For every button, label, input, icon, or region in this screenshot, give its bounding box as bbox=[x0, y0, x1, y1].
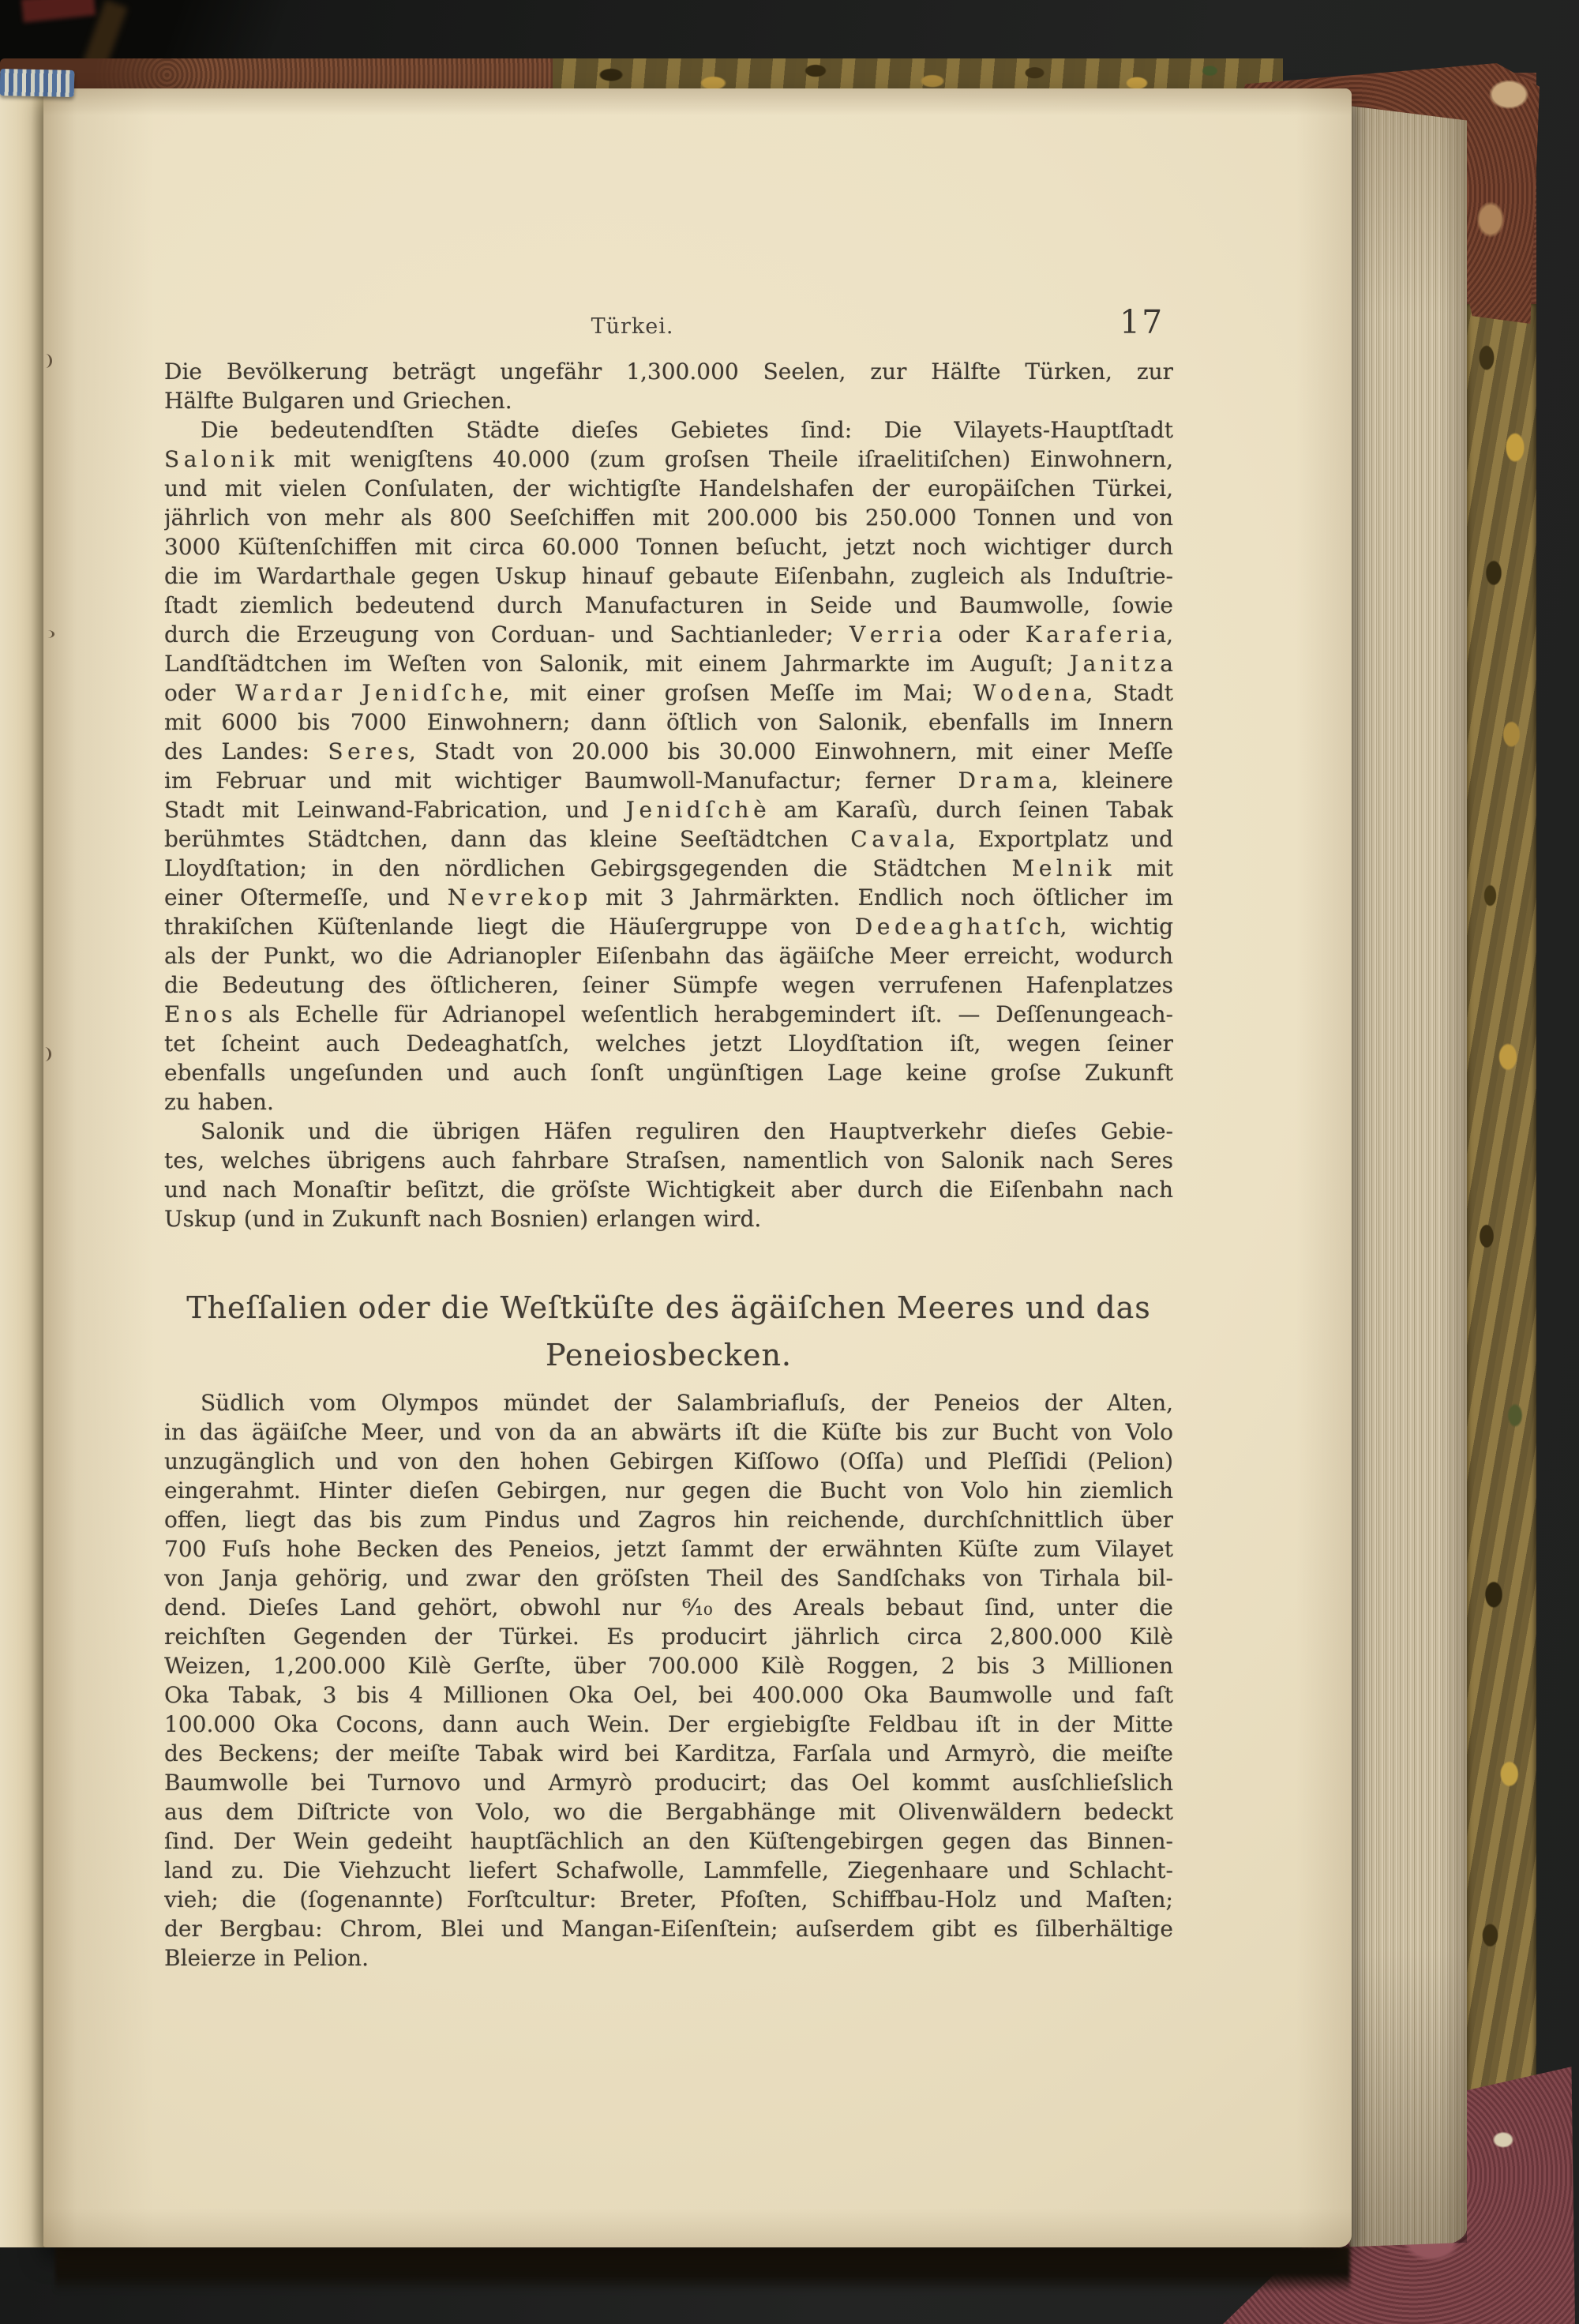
text-line: 100.000 Oka Cocons, dann auch Wein. Der … bbox=[164, 1710, 1173, 1739]
text-line: Südlich vom Olympos mündet der Salambria… bbox=[164, 1388, 1173, 1417]
bottom-board-shadow bbox=[55, 2247, 1350, 2292]
text-line: der Bergbau: Chrom, Blei und Mangan-Eiſe… bbox=[164, 1914, 1173, 1943]
text-line: Stadt mit Leinwand-Fabrication, und J e … bbox=[164, 795, 1173, 824]
text-column: Die Bevölkerung beträgt ungefähr 1,300.0… bbox=[164, 357, 1173, 1973]
text-line: tes, welches übrigens auch fahrbare Stra… bbox=[164, 1146, 1173, 1175]
text-line: mit 6000 bis 7000 Einwohnern; dann öſtli… bbox=[164, 708, 1173, 737]
text-line: in das ägäiſche Meer, und von da an abwä… bbox=[164, 1417, 1173, 1447]
headband bbox=[0, 69, 74, 97]
text-line: berühmtes Städtchen, dann das kleine See… bbox=[164, 824, 1173, 854]
text-line: reichſten Gegenden der Türkei. Es produc… bbox=[164, 1622, 1173, 1651]
text-line: die im Wardarthale gegen Uskup hinauf ge… bbox=[164, 561, 1173, 591]
text-line: Salonik und die übrigen Häfen reguliren … bbox=[164, 1117, 1173, 1146]
text-line: des Beckens; der meiſte Tabak wird bei K… bbox=[164, 1739, 1173, 1768]
text-line: S a l o n i k mit wenigſtens 40.000 (zum… bbox=[164, 445, 1173, 474]
text-line: ſind. Der Wein gedeiht hauptſächlich an … bbox=[164, 1827, 1173, 1856]
text-line: tet ſcheint auch Dedeaghatſch, welches j… bbox=[164, 1029, 1173, 1058]
text-line: eingerahmt. Hinter dieſen Gebirgen, nur … bbox=[164, 1476, 1173, 1505]
section-heading: Theſſalien oder die Weſtküſte des ägäiſc… bbox=[164, 1284, 1173, 1379]
text-line: ebenfalls ungeſunden und auch ſonſt ungü… bbox=[164, 1058, 1173, 1087]
board-right-marbled-edge bbox=[1465, 304, 1536, 2097]
text-line: 3000 Küſtenſchiffen mit circa 60.000 Ton… bbox=[164, 532, 1173, 561]
text-line: die Bedeutung des öſtlicheren, ſeiner Sü… bbox=[164, 971, 1173, 1000]
text-line: offen, liegt das bis zum Pindus und Zagr… bbox=[164, 1505, 1173, 1534]
text-line: von Janja gehörig, und zwar den gröſsten… bbox=[164, 1564, 1173, 1593]
text-line: Baumwolle bei Turnovo und Armyrò produci… bbox=[164, 1768, 1173, 1797]
section-heading-line: Peneiosbecken. bbox=[164, 1331, 1173, 1379]
running-header: Türkei. bbox=[128, 314, 1137, 339]
text-line: unzugänglich und von den hohen Gebirgen … bbox=[164, 1447, 1173, 1476]
text-line: des Landes: S e r e s, Stadt von 20.000 … bbox=[164, 737, 1173, 766]
text-line: und mit vielen Conſulaten, der wichtigſt… bbox=[164, 474, 1173, 503]
text-line: vieh; die (ſogenannte) Forſtcultur: Bret… bbox=[164, 1885, 1173, 1914]
text-line: einer Oſtermeſſe, und N e v r e k o p mi… bbox=[164, 883, 1173, 912]
text-line: 700 Fuſs hohe Becken des Peneios, jetzt … bbox=[164, 1534, 1173, 1564]
text-line: Hälfte Bulgaren und Griechen. bbox=[164, 386, 1173, 415]
text-line: Weizen, 1,200.000 Kilè Gerſte, über 700.… bbox=[164, 1651, 1173, 1680]
text-line: land zu. Die Viehzucht liefert Schafwoll… bbox=[164, 1856, 1173, 1885]
text-line: als der Punkt, wo die Adrianopler Eiſenb… bbox=[164, 941, 1173, 971]
fore-edge-page-stack bbox=[1346, 101, 1467, 2249]
text-line: Die bedeutendſten Städte dieſes Gebietes… bbox=[164, 415, 1173, 445]
text-line: Landſtädtchen im Weſten von Salonik, mit… bbox=[164, 649, 1173, 678]
text-line: dend. Dieſes Land gehört, obwohl nur ⁶⁄₁… bbox=[164, 1593, 1173, 1622]
page-number: 17 bbox=[1120, 303, 1164, 341]
text-line: aus dem Diſtricte von Volo, wo die Berga… bbox=[164, 1797, 1173, 1827]
text-line: Oka Tabak, 3 bis 4 Millionen Oka Oel, be… bbox=[164, 1680, 1173, 1710]
text-line: Lloydſtation; in den nördlichen Gebirgsg… bbox=[164, 854, 1173, 883]
section-heading-line: Theſſalien oder die Weſtküſte des ägäiſc… bbox=[164, 1284, 1173, 1331]
text-line: und nach Monaſtir beſitzt, die gröſste W… bbox=[164, 1175, 1173, 1204]
text-line: zu haben. bbox=[164, 1087, 1173, 1117]
text-line: oder W a r d a r J e n i d ſ c h e, mit … bbox=[164, 678, 1173, 708]
text-line: Die Bevölkerung beträgt ungefähr 1,300.0… bbox=[164, 357, 1173, 386]
text-line: ſtadt ziemlich bedeutend durch Manufactu… bbox=[164, 591, 1173, 620]
text-line: Bleierze in Pelion. bbox=[164, 1943, 1173, 1973]
text-line: thrakiſchen Küſtenlande liegt die Häuſer… bbox=[164, 912, 1173, 941]
text-line: im Februar und mit wichtiger Baumwoll-Ma… bbox=[164, 766, 1173, 795]
text-line: Uskup (und in Zukunft nach Bosnien) erla… bbox=[164, 1204, 1173, 1233]
text-line: jährlich von mehr als 800 Seeſchiffen mi… bbox=[164, 503, 1173, 532]
text-line: E n o s als Echelle für Adrianopel weſen… bbox=[164, 1000, 1173, 1029]
text-line: durch die Erzeugung von Corduan- und Sac… bbox=[164, 620, 1173, 649]
